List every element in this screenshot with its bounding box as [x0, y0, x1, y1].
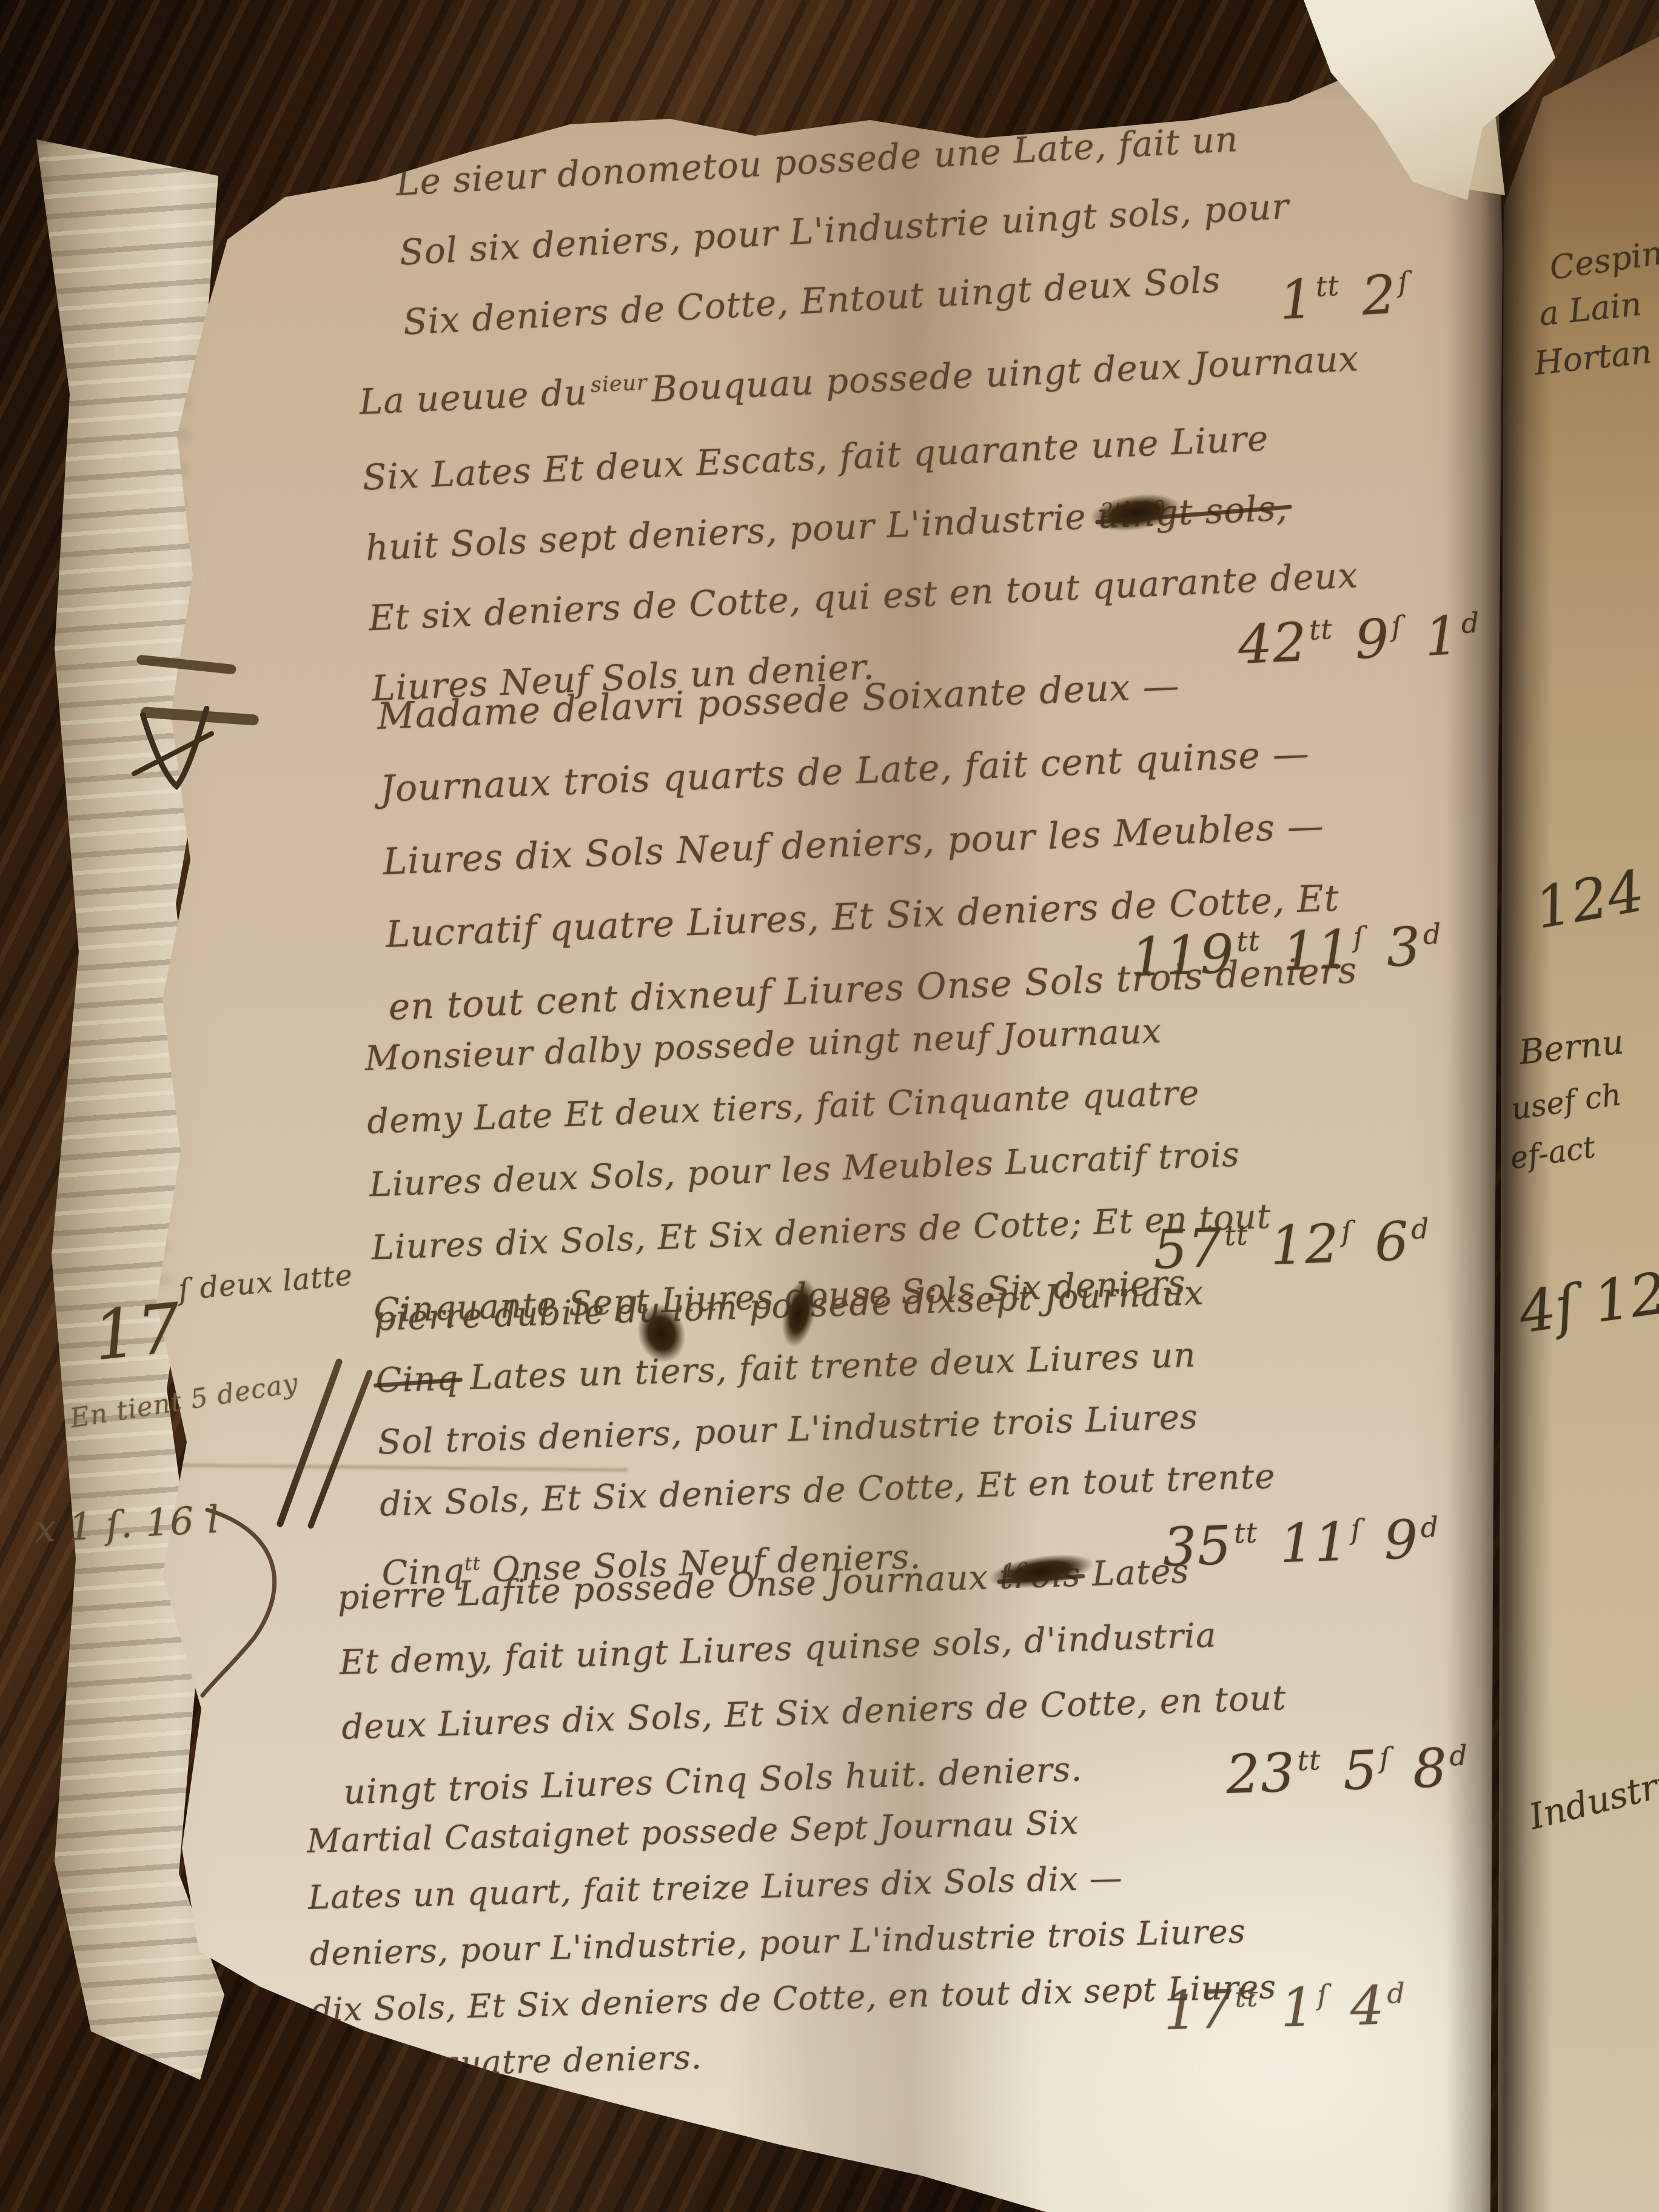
- struck-text: Cinq: [375, 1359, 460, 1401]
- right-page-fragment: a Lain: [1537, 284, 1643, 333]
- book-gutter-shadow: [1446, 30, 1552, 2212]
- manuscript-left-page: Le sieur donometou possede une Late, fai…: [0, 0, 1659, 2212]
- register-entry-3: Madame delavri possede Soixante deux — J…: [376, 637, 1504, 1022]
- photo-scene: Le sieur donometou possede une Late, fai…: [0, 0, 1659, 2212]
- interlinear-insert: sieur: [590, 370, 648, 397]
- ink-correction: 16trois: [999, 1555, 1082, 1597]
- ink-correction: 2tt 10uingt sols,: [1096, 487, 1289, 537]
- crossed-v-mark: [127, 697, 218, 797]
- margin-note-17: 17: [90, 1289, 185, 1376]
- right-page-fragment: Cespin: [1547, 233, 1659, 287]
- register-entry-7: Martial Castaignet possede Sept Journau …: [306, 1785, 1461, 2060]
- margin-flourish-bracket: [195, 1503, 304, 1709]
